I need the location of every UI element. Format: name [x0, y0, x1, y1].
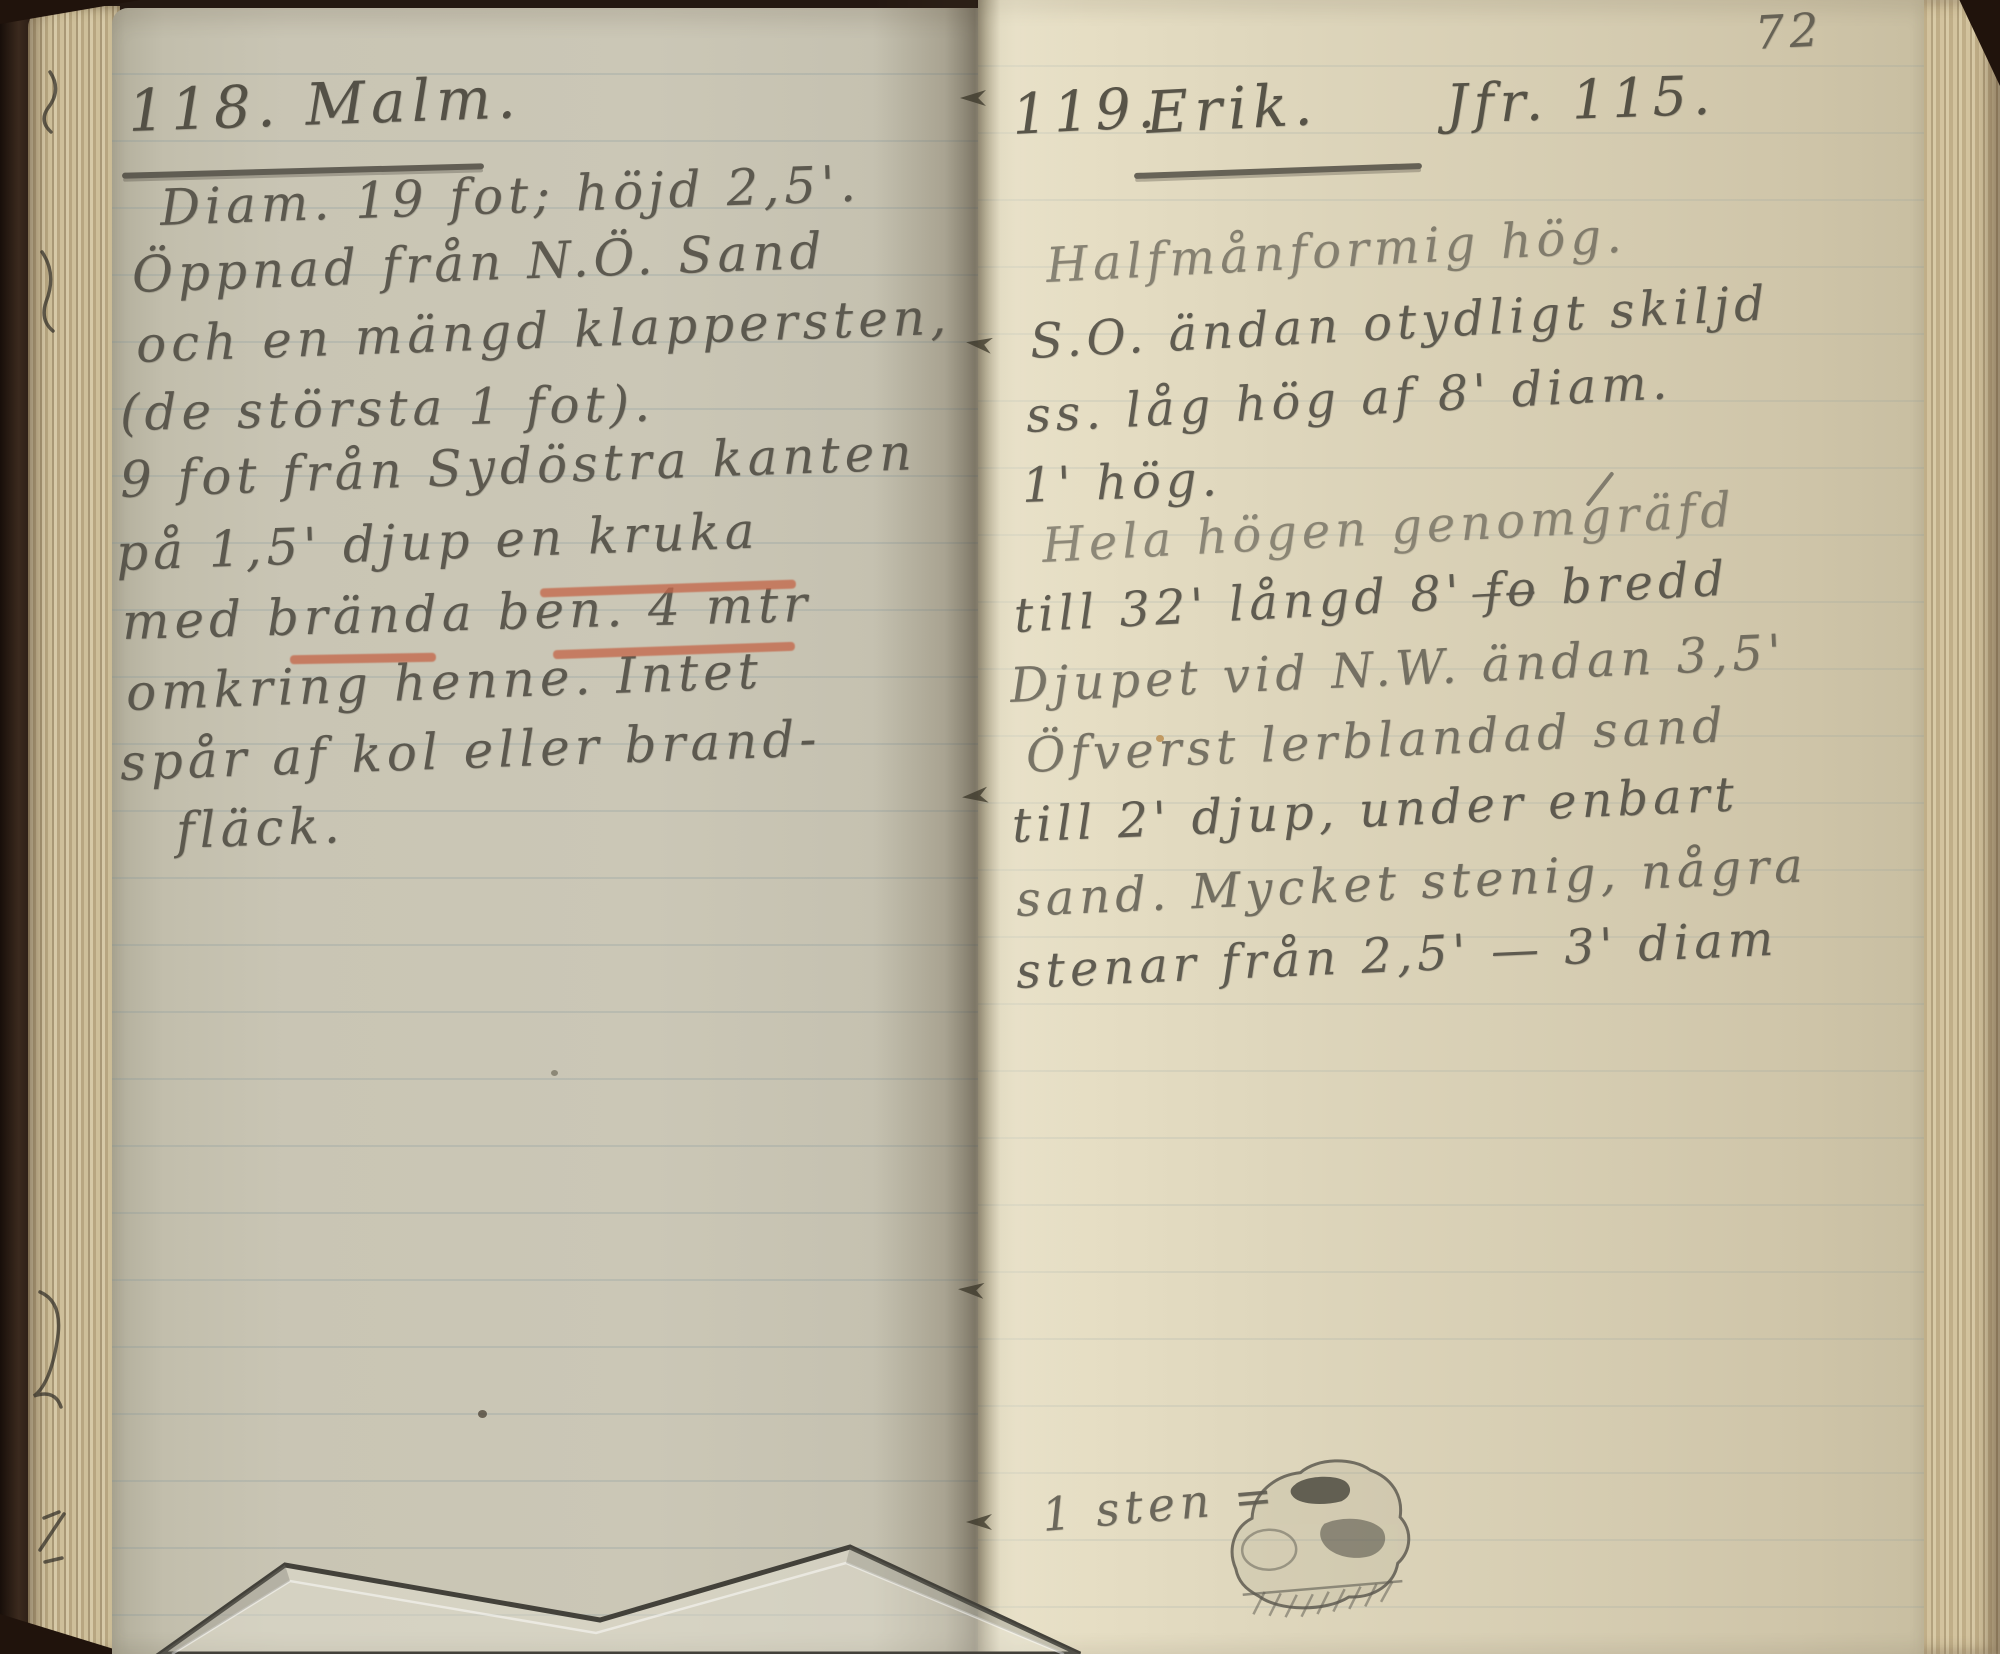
page-holder-wedge [140, 1525, 1100, 1654]
stain-speck [551, 1070, 558, 1076]
handwritten-line: (de största 1 fot). [120, 379, 656, 438]
handwritten-line: fläck. [175, 800, 345, 856]
page-number: 72 [1754, 6, 1825, 56]
notebook-scan: 118. Malm. Diam. 19 fot; höjd 2,5'. Öppn… [0, 0, 2000, 1654]
entry-title-left: 118. Malm. [127, 68, 522, 140]
handwritten-line: 1' hög. [1021, 455, 1222, 510]
edge-ink-marks [20, 0, 130, 1654]
entry-title-right-number: 119. [1011, 80, 1162, 144]
entry-title-right-ref: Jfr. 115. [1445, 69, 1717, 132]
entry-title-right-name: Erik. [1144, 75, 1319, 142]
stone-sketch [1202, 1442, 1437, 1645]
right-page-stack-edge [1918, 0, 2000, 1654]
stain-speck [478, 1410, 487, 1418]
